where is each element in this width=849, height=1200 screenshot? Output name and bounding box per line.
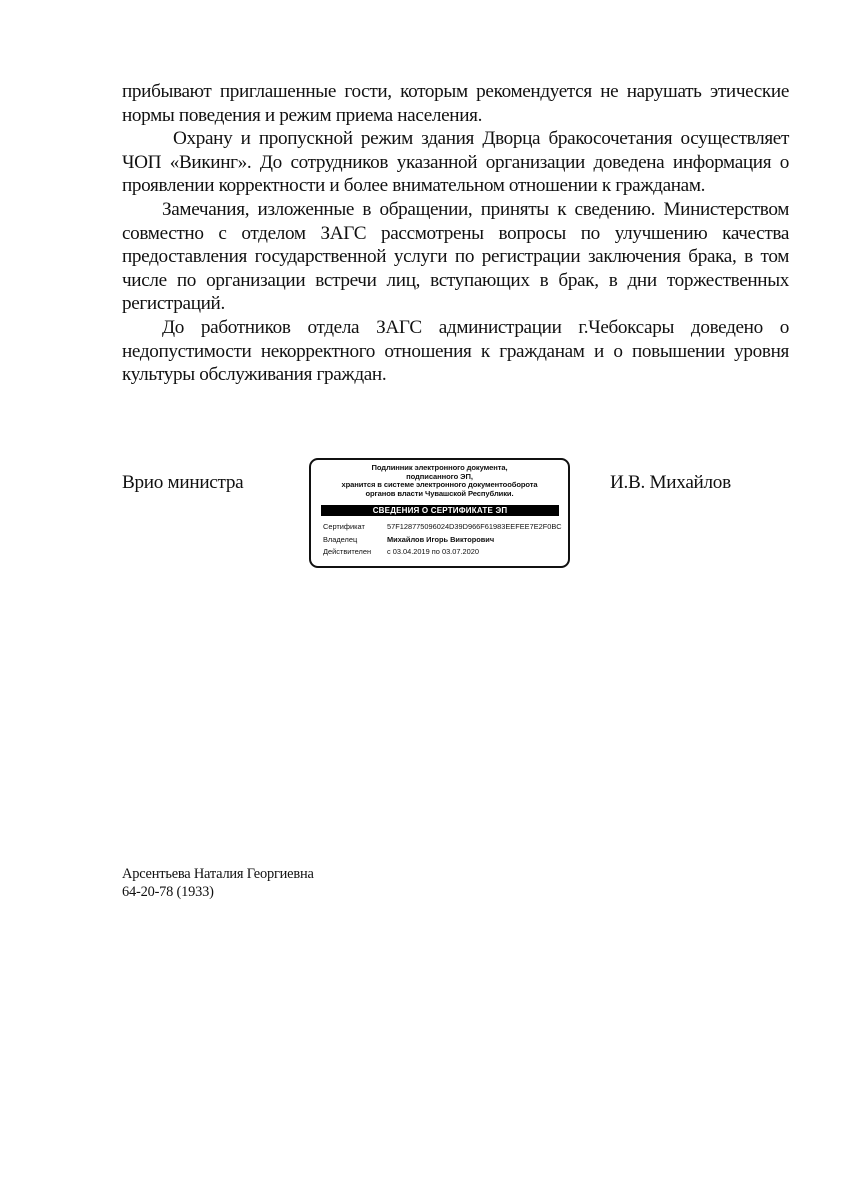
stamp-label: Владелец — [323, 534, 387, 547]
stamp-label: Сертификат — [323, 521, 387, 534]
letter-body: прибывают приглашенные гости, которым ре… — [122, 80, 789, 387]
certificate-owner: Михайлов Игорь Викторович — [387, 534, 494, 547]
stamp-row-validity: Действителен с 03.04.2019 по 03.07.2020 — [323, 546, 568, 559]
stamp-certificate-title-bar: СВЕДЕНИЯ О СЕРТИФИКАТЕ ЭП — [321, 505, 559, 516]
stamp-label: Действителен — [323, 546, 387, 559]
stamp-row-owner: Владелец Михайлов Игорь Викторович — [323, 534, 568, 547]
executor-block: Арсентьева Наталия Георгиевна 64-20-78 (… — [122, 866, 314, 901]
stamp-certificate-details: Сертификат 57F128775096024D39D966F61983E… — [323, 521, 568, 559]
signatory-role: Врио министра — [122, 472, 243, 494]
stamp-header-line: органов власти Чувашской Республики. — [311, 490, 568, 499]
executor-phone: 64-20-78 (1933) — [122, 884, 314, 902]
certificate-validity: с 03.04.2019 по 03.07.2020 — [387, 546, 479, 559]
paragraph-guests-continuation: прибывают приглашенные гости, которым ре… — [122, 80, 789, 127]
electronic-signature-stamp: Подлинник электронного документа, подпис… — [309, 458, 570, 568]
paragraph-zags-staff: До работников отдела ЗАГС администрации … — [122, 316, 789, 387]
stamp-header: Подлинник электронного документа, подпис… — [311, 464, 568, 498]
executor-name: Арсентьева Наталия Георгиевна — [122, 866, 314, 884]
paragraph-security: Охрану и пропускной режим здания Дворца … — [122, 127, 789, 198]
paragraph-remarks: Замечания, изложенные в обращении, приня… — [122, 198, 789, 316]
signatory-name: И.В. Михайлов — [610, 472, 731, 494]
stamp-row-certificate: Сертификат 57F128775096024D39D966F61983E… — [323, 521, 568, 534]
certificate-serial: 57F128775096024D39D966F61983EEFEE7E2F0BC — [387, 521, 562, 534]
